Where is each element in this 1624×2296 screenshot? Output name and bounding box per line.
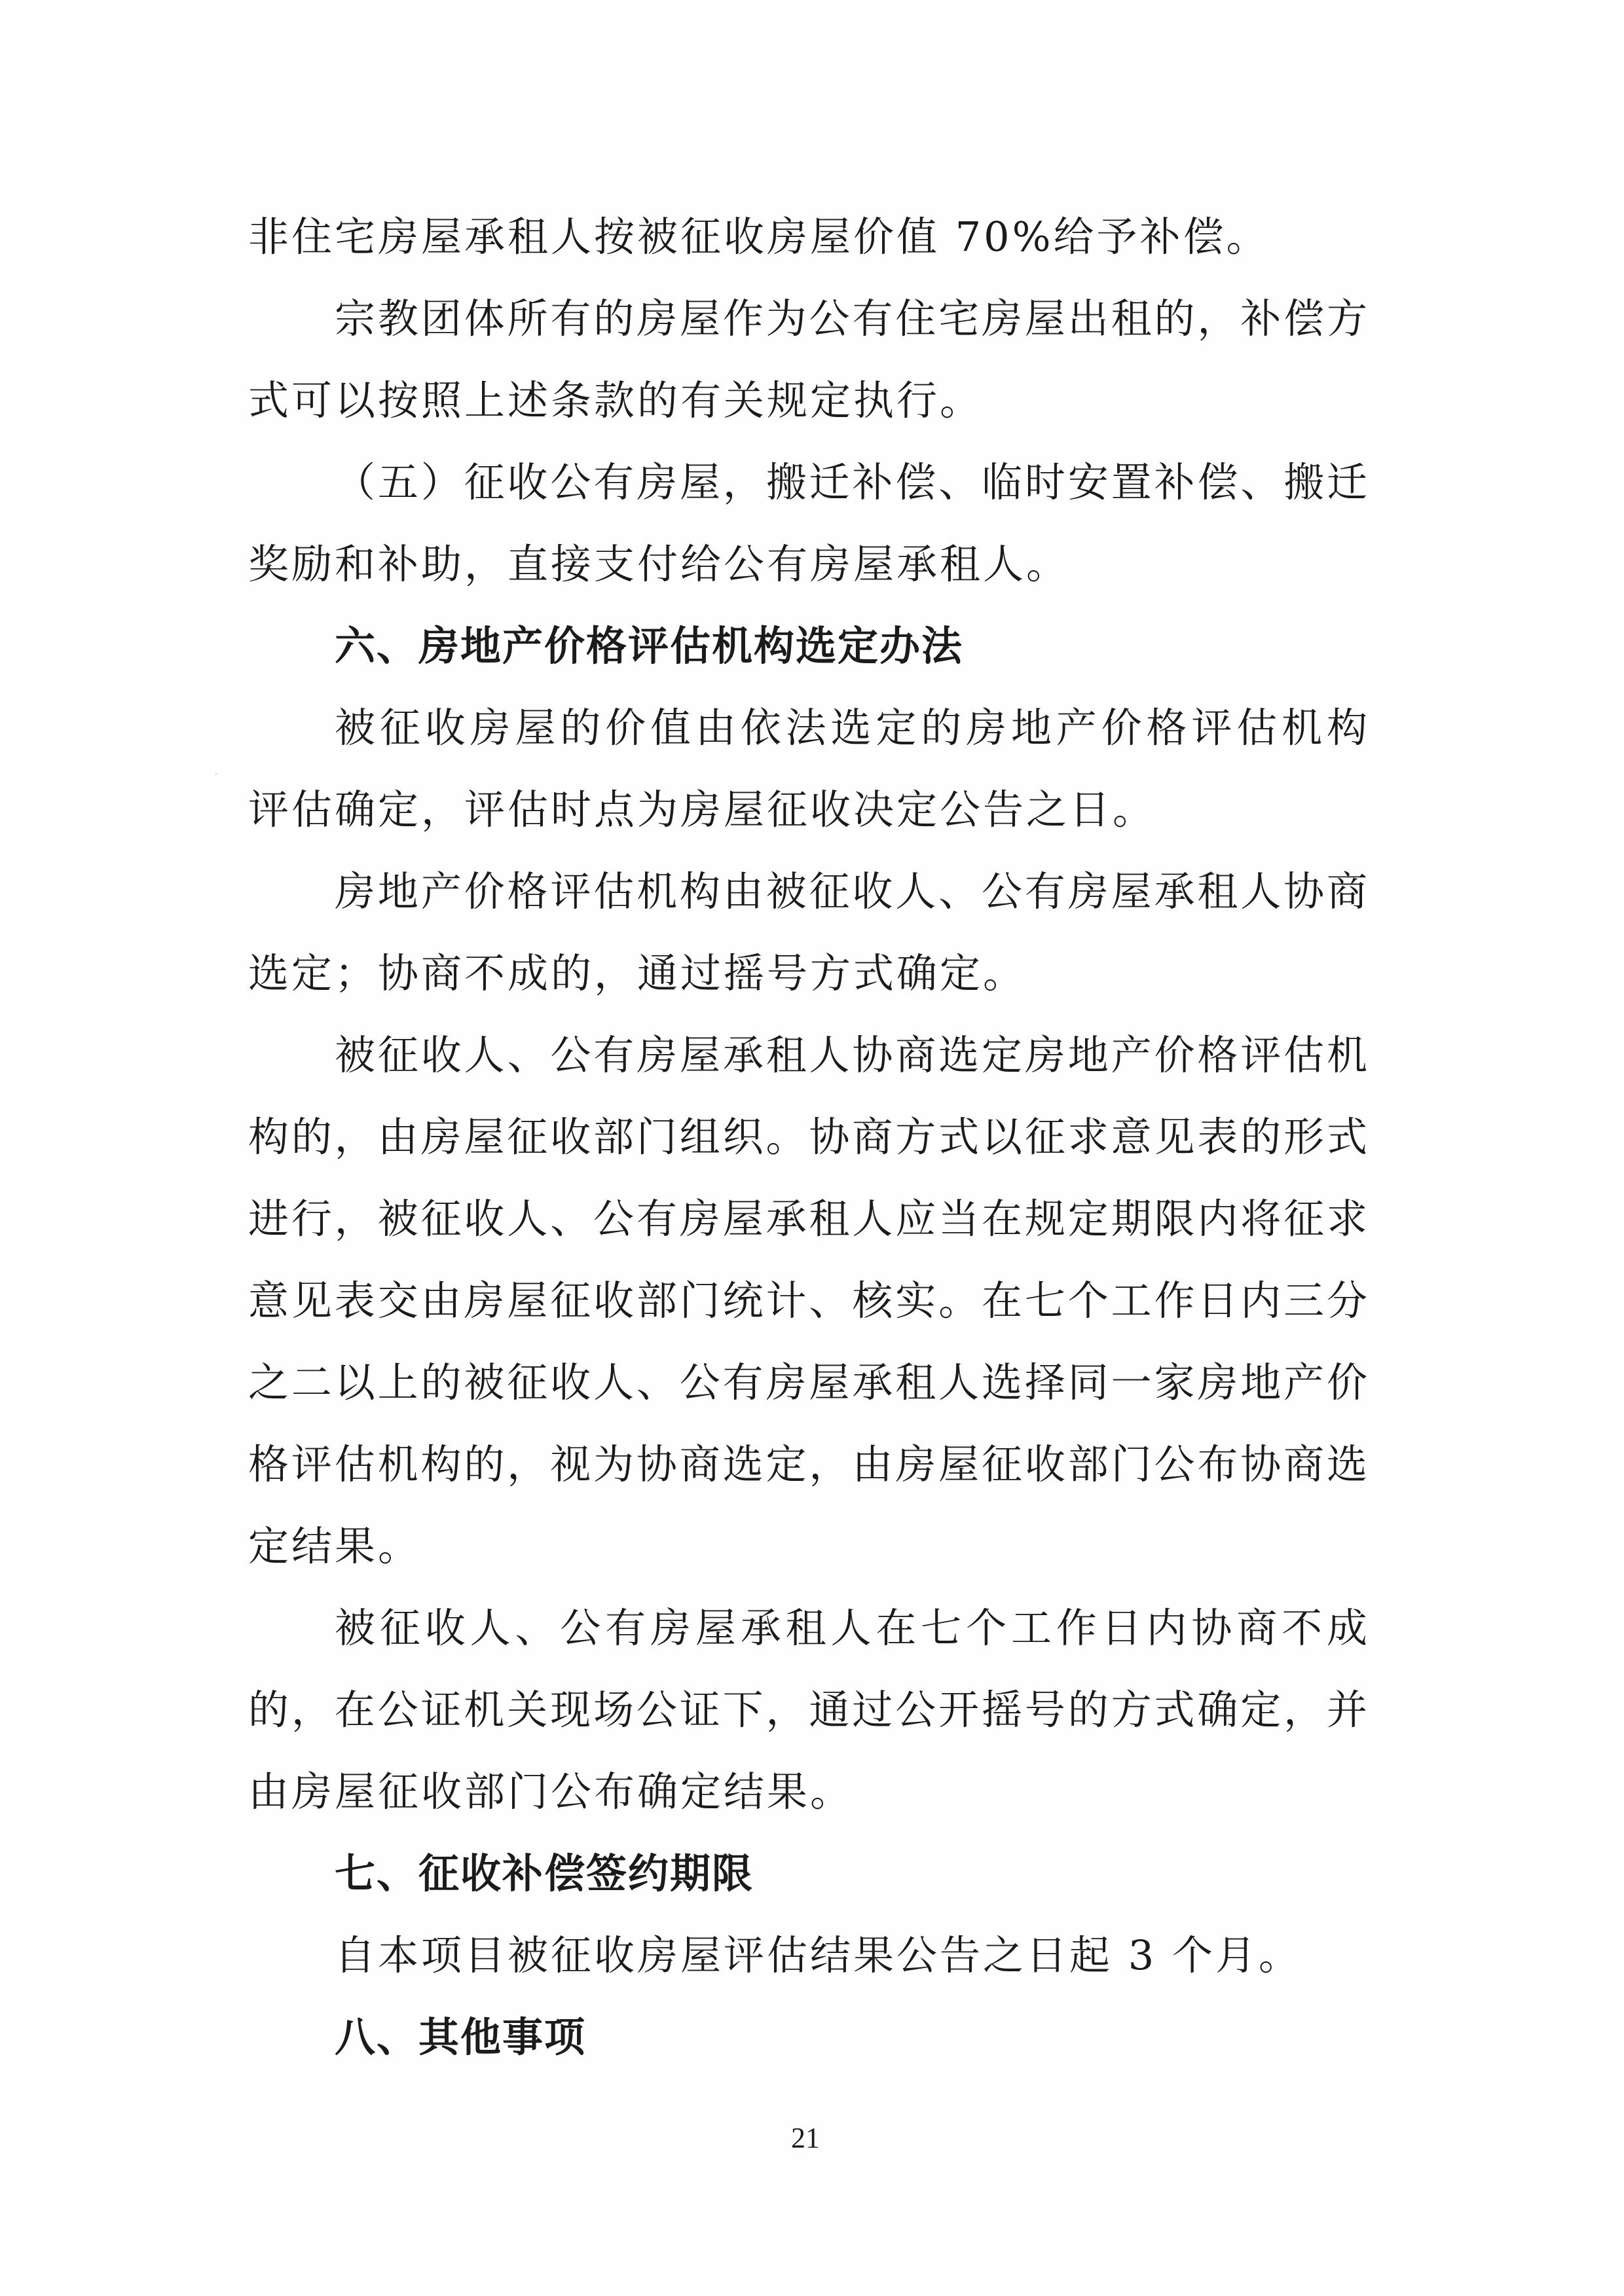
paragraph-line: 格评估机构的，视为协商选定，由房屋征收部门公布协商选 <box>248 1438 1367 1491</box>
paragraph-line: 被征收人、公有房屋承租人在七个工作日内协商不成 <box>335 1602 1367 1654</box>
paragraph-line: 的，在公证机关现场公证下，通过公开摇号的方式确定，并 <box>248 1684 1367 1736</box>
paragraph-line: 之二以上的被征收人、公有房屋承租人选择同一家房地产价 <box>248 1357 1367 1409</box>
section-heading-7: 七、征收补偿签约期限 <box>335 1848 754 1900</box>
paragraph-line: （五）征收公有房屋，搬迁补偿、临时安置补偿、搬迁 <box>335 456 1367 509</box>
section-heading-6: 六、房地产价格评估机构选定办法 <box>335 620 963 672</box>
paragraph-line: 非住宅房屋承租人按被征收房屋价值 70%给予补偿。 <box>248 211 1270 263</box>
scan-speck <box>215 773 217 774</box>
paragraph-line: 构的，由房屋征收部门组织。协商方式以征求意见表的形式 <box>248 1111 1367 1163</box>
paragraph-line: 式可以按照上述条款的有关规定执行。 <box>248 374 983 427</box>
paragraph-line: 评估确定，评估时点为房屋征收决定公告之日。 <box>248 784 1156 836</box>
page-number: 21 <box>789 2121 822 2155</box>
paragraph-line: 被征收人、公有房屋承租人协商选定房地产价格评估机 <box>335 1029 1367 1082</box>
section-heading-8: 八、其他事项 <box>335 2011 586 2064</box>
paragraph-line: 定结果。 <box>248 1520 421 1573</box>
paragraph-line: 房地产价格评估机构由被征收人、公有房屋承租人协商 <box>335 866 1367 918</box>
document-page: 非住宅房屋承租人按被征收房屋价值 70%给予补偿。 宗教团体所有的房屋作为公有住… <box>0 0 1624 2296</box>
paragraph-line: 奖励和补助，直接支付给公有房屋承租人。 <box>248 538 1069 591</box>
paragraph-line: 意见表交由房屋征收部门统计、核实。在七个工作日内三分 <box>248 1275 1367 1327</box>
paragraph-line: 由房屋征收部门公布确定结果。 <box>248 1766 853 1818</box>
paragraph-line: 选定；协商不成的，通过摇号方式确定。 <box>248 947 1026 1000</box>
paragraph-line: 宗教团体所有的房屋作为公有住宅房屋出租的，补偿方 <box>335 293 1367 345</box>
paragraph-line: 自本项目被征收房屋评估结果公告之日起 3 个月。 <box>335 1929 1302 1982</box>
paragraph-line: 进行，被征收人、公有房屋承租人应当在规定期限内将征求 <box>248 1193 1367 1245</box>
paragraph-line: 被征收房屋的价值由依法选定的房地产价格评估机构 <box>335 702 1367 754</box>
